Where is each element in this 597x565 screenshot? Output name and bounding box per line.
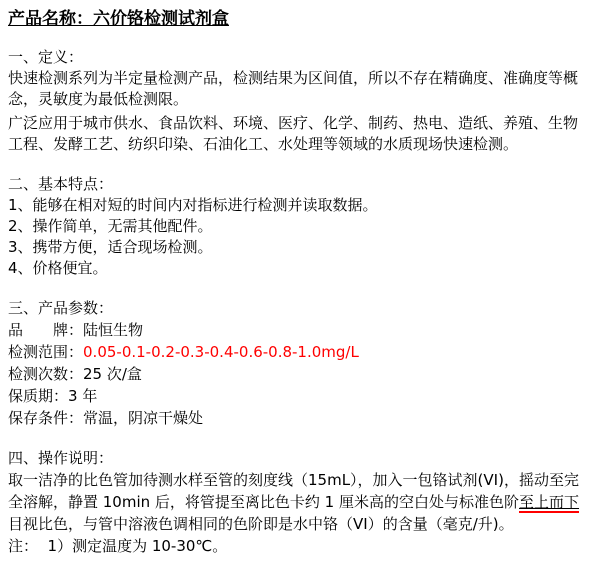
instructions-heading: 四、操作说明：	[8, 448, 589, 469]
definition-paragraph: 快速检测系列为半定量检测产品，检测结果为区间值，所以不存在精确度、准确度等概念，…	[8, 68, 589, 110]
section-parameters: 三、产品参数： 品 牌：陆恒生物 检测范围：0.05-0.1-0.2-0.3-0…	[8, 298, 589, 429]
parameters-heading: 三、产品参数：	[8, 298, 589, 319]
param-row-brand: 品 牌：陆恒生物	[8, 319, 589, 341]
section-instructions: 四、操作说明： 取一洁净的比色管加待测水样至管的刻度线（15mL），加入一包铬试…	[8, 448, 589, 557]
definition-heading: 一、定义：	[8, 47, 589, 68]
param-label: 保存条件：	[8, 409, 83, 427]
param-row-detection-range: 检测范围：0.05-0.1-0.2-0.3-0.4-0.6-0.8-1.0mg/…	[8, 341, 589, 363]
param-value: 陆恒生物	[83, 321, 143, 339]
param-value-detection-range: 0.05-0.1-0.2-0.3-0.4-0.6-0.8-1.0mg/L	[83, 343, 359, 361]
param-label: 检测次数：	[8, 365, 83, 383]
param-row-shelf-life: 保质期：3 年	[8, 385, 589, 407]
product-document: 产品名称：六价铬检测试剂盒 一、定义： 快速检测系列为半定量检测产品，检测结果为…	[0, 0, 597, 557]
param-label: 保质期：	[8, 387, 68, 405]
param-value: 常温，阴凉干燥处	[83, 409, 203, 427]
page-title: 产品名称：六价铬检测试剂盒	[8, 8, 589, 30]
feature-item: 4、价格便宜。	[8, 258, 589, 279]
definition-paragraph: 广泛应用于城市供水、食品饮料、环境、医疗、化学、制药、热电、造纸、养殖、生物工程…	[8, 113, 589, 155]
param-value: 3 年	[68, 387, 97, 405]
param-label: 检测范围：	[8, 343, 83, 361]
instructions-text-before: 取一洁净的比色管加待测水样至管的刻度线（15mL），加入一包铬试剂(VI)，摇动…	[8, 471, 579, 511]
section-definition: 一、定义： 快速检测系列为半定量检测产品，检测结果为区间值，所以不存在精确度、准…	[8, 47, 589, 155]
feature-item: 1、能够在相对短的时间内对指标进行检测并读取数据。	[8, 195, 589, 216]
instructions-underlined-phrase: 至上而下	[519, 493, 579, 513]
feature-item: 3、携带方便，适合现场检测。	[8, 237, 589, 258]
param-label: 品 牌：	[8, 321, 83, 339]
instructions-text-after: 目视比色，与管中溶液色调相同的色阶即是水中铬（VI）的含量（毫克/升)。	[8, 515, 514, 533]
instructions-note: 注： 1）测定温度为 10-30℃。	[8, 535, 589, 557]
features-heading: 二、基本特点：	[8, 174, 589, 195]
param-row-tests-per-box: 检测次数：25 次/盒	[8, 363, 589, 385]
param-value: 25 次/盒	[83, 365, 142, 383]
feature-item: 2、操作简单，无需其他配件。	[8, 216, 589, 237]
section-features: 二、基本特点： 1、能够在相对短的时间内对指标进行检测并读取数据。 2、操作简单…	[8, 174, 589, 279]
instructions-paragraph: 取一洁净的比色管加待测水样至管的刻度线（15mL），加入一包铬试剂(VI)，摇动…	[8, 469, 589, 535]
param-row-storage: 保存条件：常温，阴凉干燥处	[8, 407, 589, 429]
